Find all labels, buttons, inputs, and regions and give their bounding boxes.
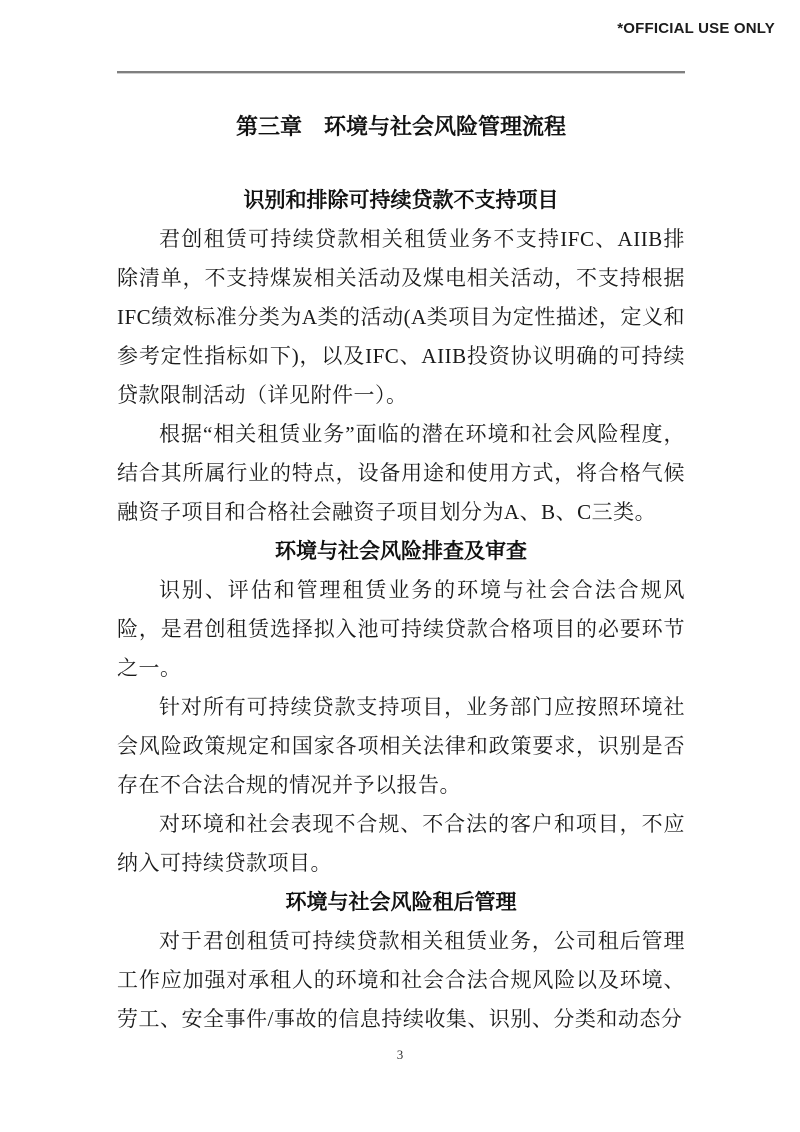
section-heading-screening-review: 环境与社会风险排查及审查 (117, 532, 685, 571)
section-heading-post-lease-management: 环境与社会风险租后管理 (117, 883, 685, 922)
paragraph: 识别、评估和管理租赁业务的环境与社会合法合规风险，是君创租赁选择拟入池可持续贷款… (117, 571, 685, 688)
header-rule (117, 71, 685, 73)
document-body: 第三章 环境与社会风险管理流程 识别和排除可持续贷款不支持项目 君创租赁可持续贷… (117, 105, 685, 1039)
document-page: *OFFICIAL USE ONLY 第三章 环境与社会风险管理流程 识别和排除… (0, 0, 800, 1132)
section-heading-exclusion: 识别和排除可持续贷款不支持项目 (117, 181, 685, 220)
classification-label: *OFFICIAL USE ONLY (617, 20, 775, 37)
paragraph: 对环境和社会表现不合规、不合法的客户和项目，不应纳入可持续贷款项目。 (117, 805, 685, 883)
chapter-title: 第三章 环境与社会风险管理流程 (117, 105, 685, 149)
paragraph: 对于君创租赁可持续贷款相关租赁业务，公司租后管理工作应加强对承租人的环境和社会合… (117, 922, 685, 1039)
page-number: 3 (0, 1047, 800, 1063)
paragraph: 君创租赁可持续贷款相关租赁业务不支持IFC、AIIB排除清单，不支持煤炭相关活动… (117, 220, 685, 415)
paragraph: 针对所有可持续贷款支持项目，业务部门应按照环境社会风险政策规定和国家各项相关法律… (117, 688, 685, 805)
paragraph: 根据“相关租赁业务”面临的潜在环境和社会风险程度，结合其所属行业的特点，设备用途… (117, 415, 685, 532)
